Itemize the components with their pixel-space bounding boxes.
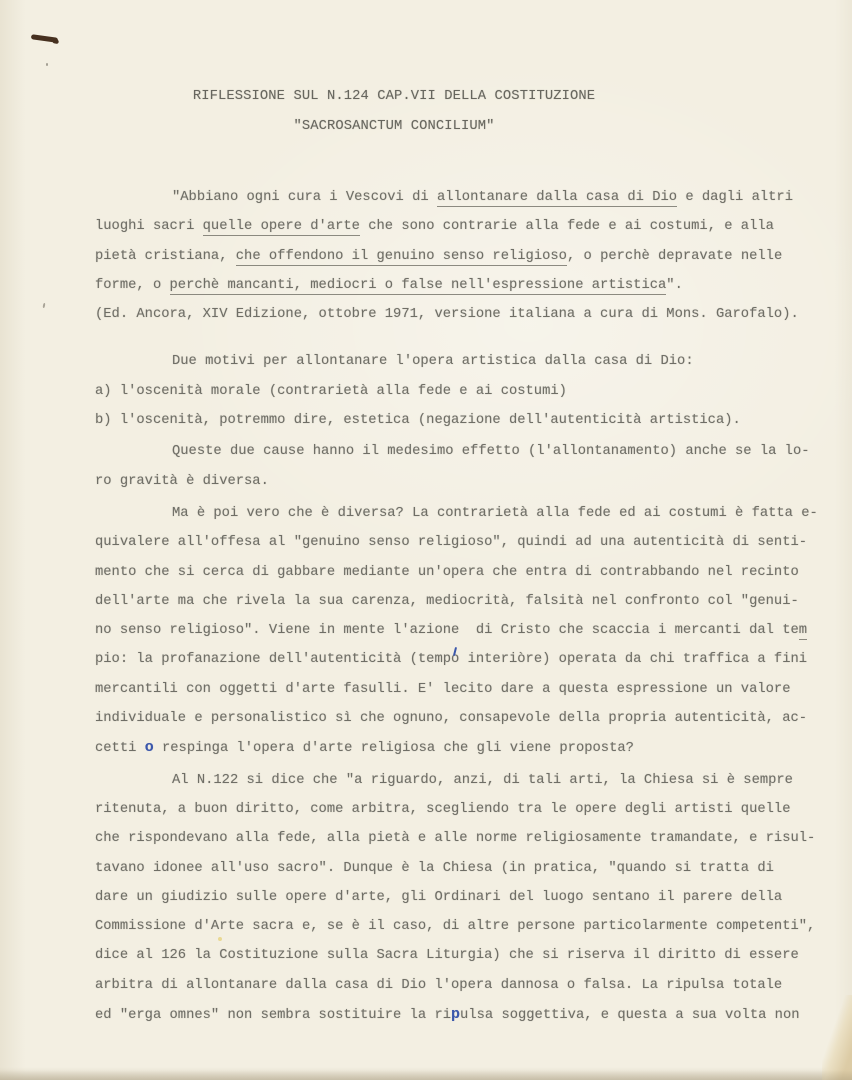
text-segment: e dagli altri [677,190,793,205]
text-line: a) l'oscenità morale (contrarietà alla f… [95,377,795,406]
text-line: mento che si cerca di gabbare mediante u… [95,558,795,587]
paragraph: "Abbiano ogni cura i Vescovi di allontan… [95,183,795,329]
text-segment: che sono contrarie alla fede e ai costum… [360,219,774,234]
text-line: b) l'oscenità, potremmo dire, estetica (… [95,406,795,435]
text-segment: pietà cristiana, [95,249,236,264]
text-line: dice al 126 la Costituzione sulla Sacra … [95,941,795,970]
paragraph: Queste due cause hanno il medesimo effet… [95,437,795,496]
text-segment: Queste due cause hanno il medesimo effet… [172,444,810,459]
text-segment: mento che si cerca di gabbare mediante u… [95,565,799,580]
text-line: Ma è poi vero che è diversa? La contrari… [95,499,795,528]
text-segment: mercantili con oggetti d'arte fasulli. E… [95,682,790,697]
page-corner-shadow [822,995,852,1080]
text-segment: quivalere all'offesa al "genuino senso r… [95,535,807,550]
scanned-typewritten-page: RIFLESSIONE SUL N.124 CAP.VII DELLA COST… [0,0,852,1080]
text-line: tavano idonee all'uso sacro". Dunque è l… [95,854,795,883]
text-segment: interiòre) operata da chi traffica a fin… [459,652,807,667]
text-line: ro gravità è diversa. [95,467,795,496]
paper-speck [46,63,48,66]
text-line: Due motivi per allontanare l'opera artis… [95,347,795,376]
text-segment: Due motivi per allontanare l'opera artis… [172,354,694,369]
underlined-phrase: allontanare dalla casa di Dio [437,190,677,207]
paper-speck [43,303,46,308]
text-segment: dare un giudizio sulle opere d'arte, gli… [95,890,782,905]
text-segment: (Ed. Ancora, XIV Edizione, ottobre 1971,… [95,307,799,322]
text-segment: che rispondevano alla fede, alla pietà e… [95,831,815,846]
text-segment: no senso religioso". Viene in mente l'az… [95,623,799,638]
text-line: cetti o respinga l'opera d'arte religios… [95,733,795,762]
text-segment: luoghi sacri [95,219,203,234]
text-segment: pio: la profanazione dell'autenticità (t… [95,652,451,667]
blue-ink-correction: p [451,1006,460,1023]
text-segment: tavano idonee all'uso sacro". Dunque è l… [95,861,774,876]
text-segment: ". [666,278,683,293]
blue-ink-correction: o [145,739,154,756]
text-segment: forme, o [95,278,170,293]
text-segment: arbitra di allontanare dalla casa di Dio… [95,978,782,993]
text-line: luoghi sacri quelle opere d'arte che son… [95,212,795,241]
text-line: quivalere all'offesa al "genuino senso r… [95,528,795,557]
typewritten-body: "Abbiano ogni cura i Vescovi di allontan… [95,0,795,1029]
text-line: forme, o perchè mancanti, mediocri o fal… [95,271,795,300]
text-line: Queste due cause hanno il medesimo effet… [95,437,795,466]
text-line: ritenuta, a buon diritto, come arbitra, … [95,795,795,824]
text-line: ed "erga omnes" non sembra sostituire la… [95,1000,795,1029]
paragraph: Due motivi per allontanare l'opera artis… [95,347,795,435]
text-segment: individuale e personalistico sì che ognu… [95,711,807,726]
text-segment: cetti [95,741,145,756]
text-segment: respinga l'opera d'arte religiosa che gl… [154,741,634,756]
text-segment: a) l'oscenità morale (contrarietà alla f… [95,384,567,399]
blue-pen-mark: o [451,652,459,667]
text-line: dell'arte ma che rivela la sua carenza, … [95,587,795,616]
text-segment: ulsa soggettiva, e questa a sua volta no… [460,1008,799,1023]
text-segment: Commissione d'Arte sacra e, se è il caso… [95,919,815,934]
text-segment: "Abbiano ogni cura i Vescovi di [172,190,437,205]
text-line: individuale e personalistico sì che ognu… [95,704,795,733]
text-line: dare un giudizio sulle opere d'arte, gli… [95,883,795,912]
paragraph: Ma è poi vero che è diversa? La contrari… [95,499,795,763]
text-segment: Al N.122 si dice che "a riguardo, anzi, … [172,773,793,788]
text-line: "Abbiano ogni cura i Vescovi di allontan… [95,183,795,212]
text-line: no senso religioso". Viene in mente l'az… [95,616,795,645]
underlined-phrase: perchè mancanti, mediocri o false nell'e… [170,278,667,295]
underlined-phrase: che offendono il genuino senso religioso [236,249,567,266]
text-segment: Ma è poi vero che è diversa? La contrari… [172,506,818,521]
text-segment: ritenuta, a buon diritto, come arbitra, … [95,802,790,817]
underlined-phrase: m [799,623,807,640]
text-segment: , o perchè depravate nelle [567,249,782,264]
text-line: Al N.122 si dice che "a riguardo, anzi, … [95,766,795,795]
text-line: pio: la profanazione dell'autenticità (t… [95,645,795,674]
text-line: mercantili con oggetti d'arte fasulli. E… [95,675,795,704]
text-segment: ro gravità è diversa. [95,474,269,489]
paragraph: Al N.122 si dice che "a riguardo, anzi, … [95,766,795,1030]
text-line: pietà cristiana, che offendono il genuin… [95,242,795,271]
page-bottom-edge [0,1070,852,1080]
underlined-phrase: quelle opere d'arte [203,219,360,236]
text-segment: b) l'oscenità, potremmo dire, estetica (… [95,413,741,428]
text-line: Commissione d'Arte sacra e, se è il caso… [95,912,795,941]
text-line: (Ed. Ancora, XIV Edizione, ottobre 1971,… [95,300,795,329]
text-segment: ed "erga omnes" non sembra sostituire la… [95,1008,451,1023]
text-segment: dice al 126 la Costituzione sulla Sacra … [95,948,799,963]
text-line: che rispondevano alla fede, alla pietà e… [95,824,795,853]
text-segment: dell'arte ma che rivela la sua carenza, … [95,594,799,609]
pen-stroke-mark [31,34,58,43]
text-line: arbitra di allontanare dalla casa di Dio… [95,971,795,1000]
